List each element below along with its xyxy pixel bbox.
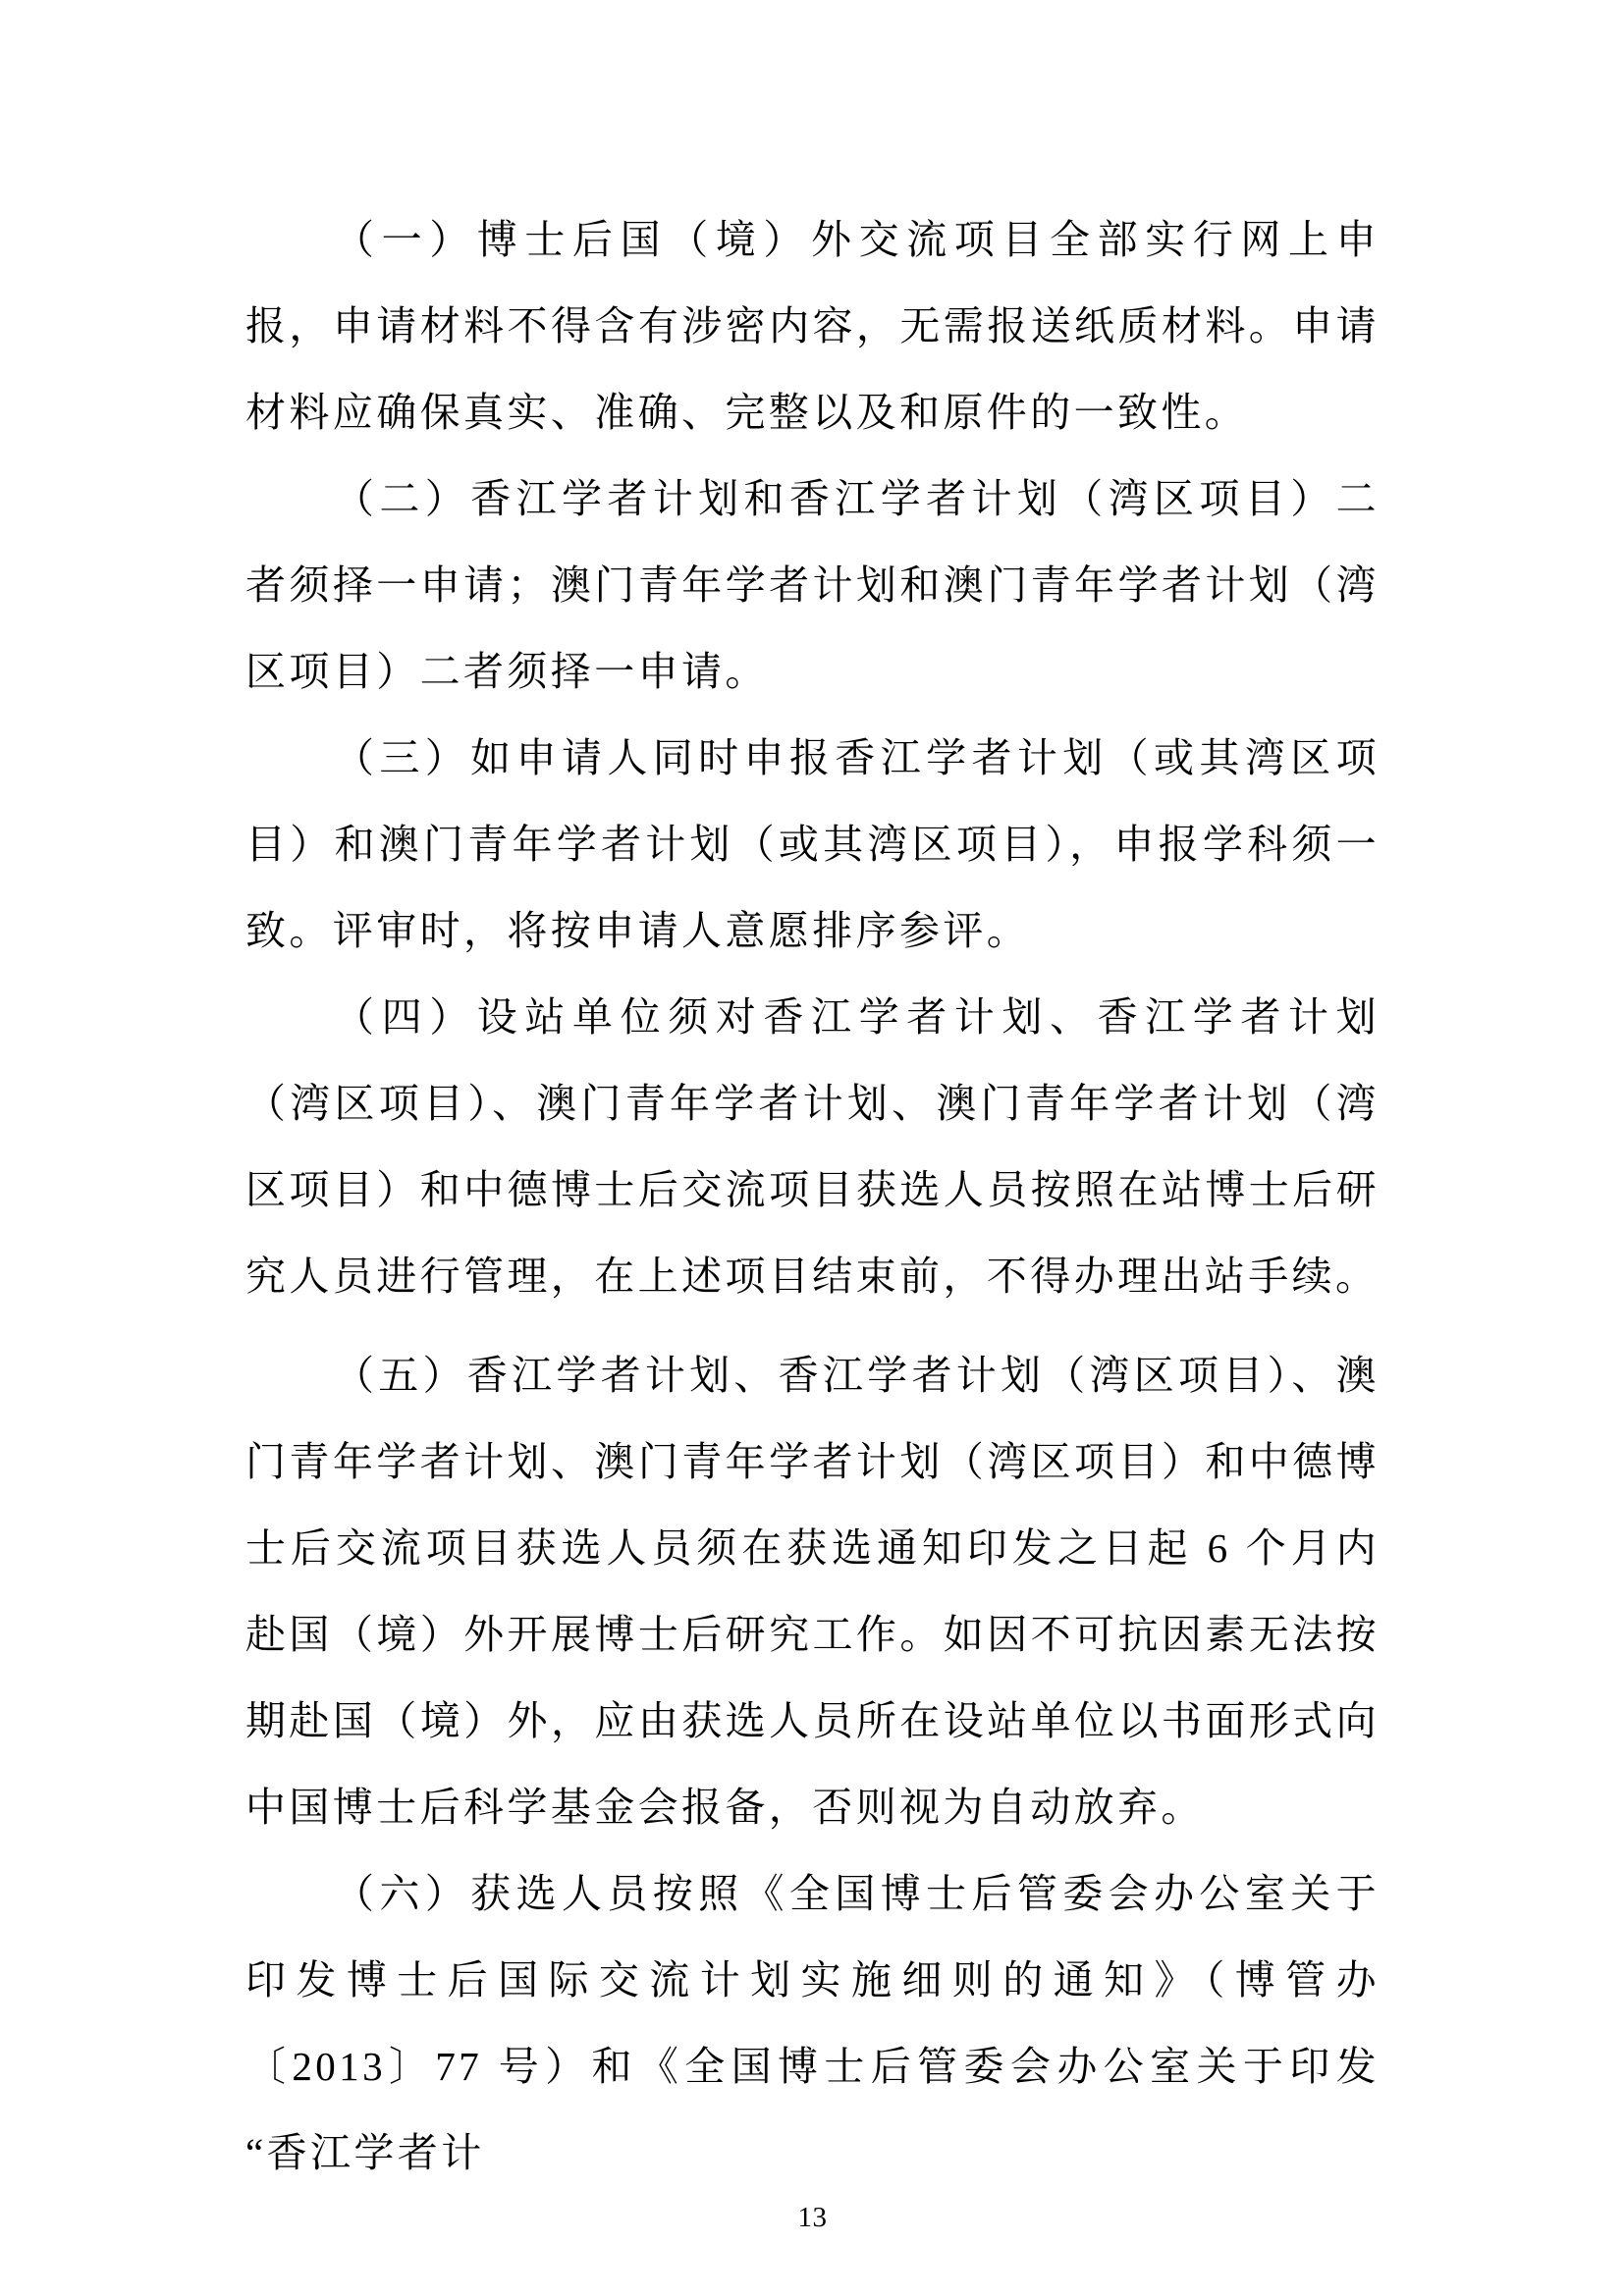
document-body: （一）博士后国（境）外交流项目全部实行网上申报，申请材料不得含有涉密内容，无需报… [245, 196, 1380, 2196]
paragraph-6: （六）获选人员按照《全国博士后管委会办公室关于印发博士后国际交流计划实施细则的通… [245, 1850, 1380, 2196]
paragraph-3: （三）如申请人同时申报香江学者计划（或其湾区项目）和澳门青年学者计划（或其湾区项… [245, 715, 1380, 974]
paragraph-5: （五）香江学者计划、香江学者计划（湾区项目）、澳门青年学者计划、澳门青年学者计划… [245, 1332, 1380, 1850]
paragraph-4: （四）设站单位须对香江学者计划、香江学者计划（湾区项目）、澳门青年学者计划、澳门… [245, 974, 1380, 1319]
paragraph-1: （一）博士后国（境）外交流项目全部实行网上申报，申请材料不得含有涉密内容，无需报… [245, 196, 1380, 455]
document-page: （一）博士后国（境）外交流项目全部实行网上申报，申请材料不得含有涉密内容，无需报… [0, 0, 1624, 2296]
paragraph-2: （二）香江学者计划和香江学者计划（湾区项目）二者须择一申请；澳门青年学者计划和澳… [245, 455, 1380, 715]
page-number: 13 [245, 2202, 1380, 2233]
